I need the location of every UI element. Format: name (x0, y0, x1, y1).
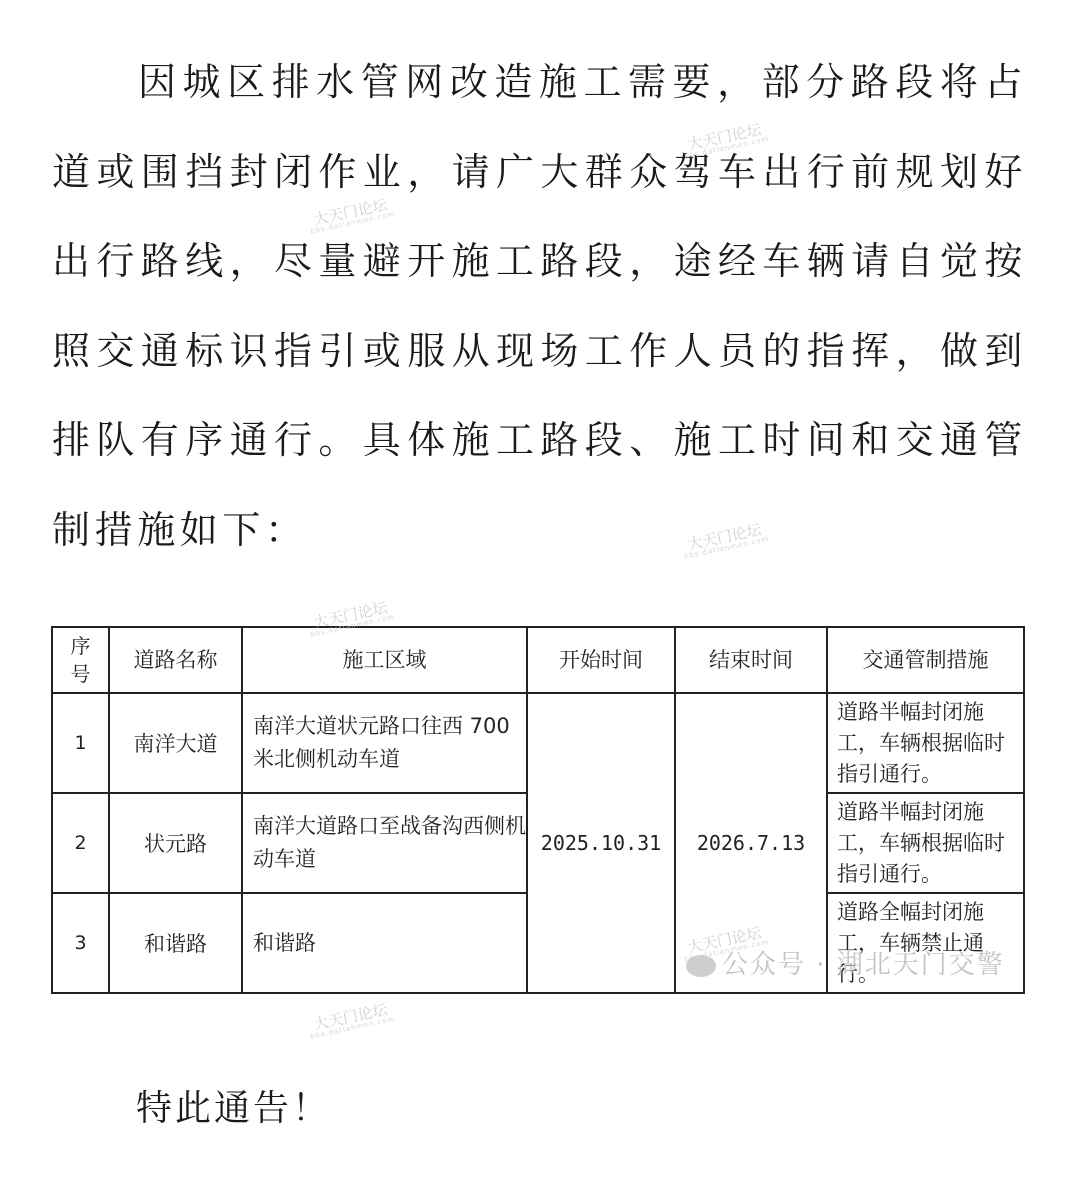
header-area: 施工区域 (242, 627, 527, 693)
row-area: 南洋大道路口至战备沟西侧机动车道 (242, 793, 527, 893)
header-road: 道路名称 (109, 627, 242, 693)
header-measure: 交通管制措施 (827, 627, 1024, 693)
header-start: 开始时间 (527, 627, 675, 693)
row-measure: 道路半幅封闭施工，车辆根据临时指引通行。 (827, 793, 1024, 893)
row-no: 3 (52, 893, 109, 993)
header-no: 序号 (52, 627, 109, 693)
row-road: 状元路 (109, 793, 242, 893)
table-row: 1 南洋大道 南洋大道状元路口往西 700 米北侧机动车道 2025.10.31… (52, 693, 1024, 793)
wechat-watermark: 公众号 · 湖北天门交警 (686, 944, 1005, 981)
wechat-icon (686, 955, 716, 977)
row-area: 南洋大道状元路口往西 700 米北侧机动车道 (242, 693, 527, 793)
table-header-row: 序号 道路名称 施工区域 开始时间 结束时间 交通管制措施 (52, 627, 1024, 693)
header-end: 结束时间 (675, 627, 827, 693)
start-time: 2025.10.31 (527, 693, 675, 993)
forum-watermark: 大天门论坛bbs.datianmen.com (307, 1001, 396, 1041)
row-no: 1 (52, 693, 109, 793)
construction-table: 序号 道路名称 施工区域 开始时间 结束时间 交通管制措施 1 南洋大道 南洋大… (51, 626, 1025, 994)
row-road: 和谐路 (109, 893, 242, 993)
row-area: 和谐路 (242, 893, 527, 993)
row-no: 2 (52, 793, 109, 893)
closing-text: 特此通告！ (136, 1080, 331, 1131)
row-road: 南洋大道 (109, 693, 242, 793)
notice-paragraph: 因城区排水管网改造施工需要，部分路段将占道或围挡封闭作业，请广大群众驾车出行前规… (52, 38, 1027, 575)
row-measure: 道路半幅封闭施工，车辆根据临时指引通行。 (827, 693, 1024, 793)
